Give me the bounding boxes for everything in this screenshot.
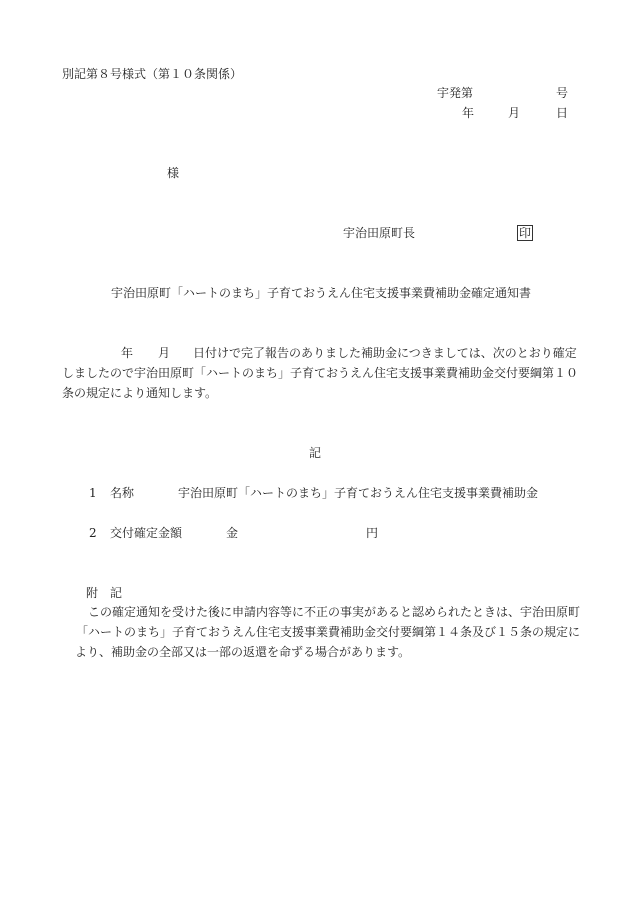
body-month: 月 [158,346,170,360]
seal-mark: 印 [517,225,533,241]
doc-number-prefix: 宇発第 [437,86,473,100]
date-month: 月 [508,106,520,120]
item-2-amount-suffix: 円 [366,526,378,540]
addressee-suffix: 様 [167,166,179,180]
ki-heading: 記 [309,446,321,460]
item-1-number: 1 [89,486,97,500]
body-line-2: しましたので宇治田原町「ハートのまち」子育ておうえん住宅支援事業費補助金交付要綱… [62,366,578,380]
date-day: 日 [556,106,568,120]
doc-number-suffix: 号 [556,86,568,100]
fuki-line-3: より、補助金の全部又は一部の返還を命ずる場合があります。 [75,645,410,659]
item-2-label: 交付確定金額 [110,526,182,540]
item-2-number: 2 [89,526,97,540]
seal-stamp-icon: 印 [517,225,533,241]
item-1-label: 名称 [110,486,134,500]
document-title: 宇治田原町「ハートのまち」子育ておうえん住宅支援事業費補助金確定通知書 [111,286,531,300]
sender-title: 宇治田原町長 [343,226,415,240]
item-1-value: 宇治田原町「ハートのまち」子育ておうえん住宅支援事業費補助金 [178,486,538,500]
fuki-heading: 附 記 [86,586,122,600]
fuki-line-1: この確定通知を受けた後に申請内容等に不正の事実があると認められたときは、宇治田原… [88,605,580,619]
fuki-line-2: 「ハートのまち」子育ておうえん住宅支援事業費補助金交付要綱第１４条及び１５条の規… [76,625,580,639]
form-label: 別記第８号様式（第１０条関係） [62,67,242,81]
body-line-1: 日付けで完了報告のありました補助金につきましては、次のとおり確定 [193,346,577,360]
body-line-3: 条の規定により通知します。 [62,386,217,400]
body-year: 年 [121,346,133,360]
date-year: 年 [462,106,474,120]
item-2-amount-prefix: 金 [226,526,238,540]
